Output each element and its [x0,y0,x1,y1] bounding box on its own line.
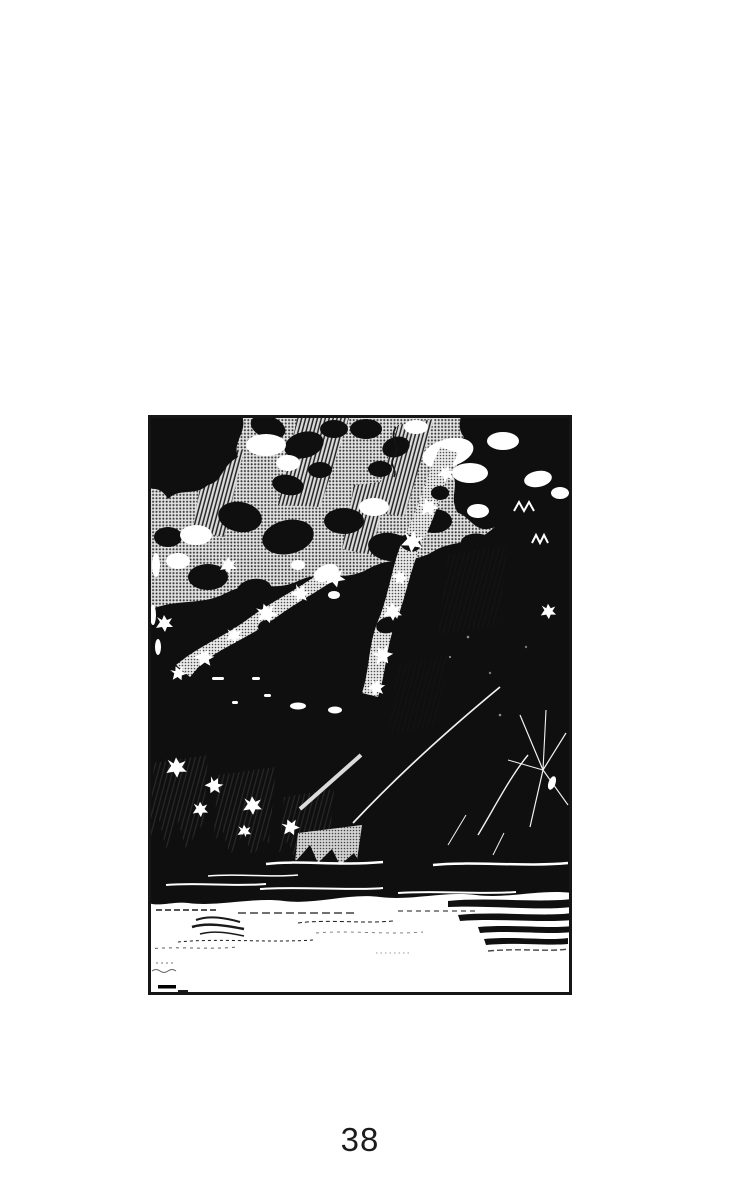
page-number: 38 [148,1122,572,1158]
manga-panel-artwork [148,415,572,995]
manga-page: 38 [0,0,750,1188]
